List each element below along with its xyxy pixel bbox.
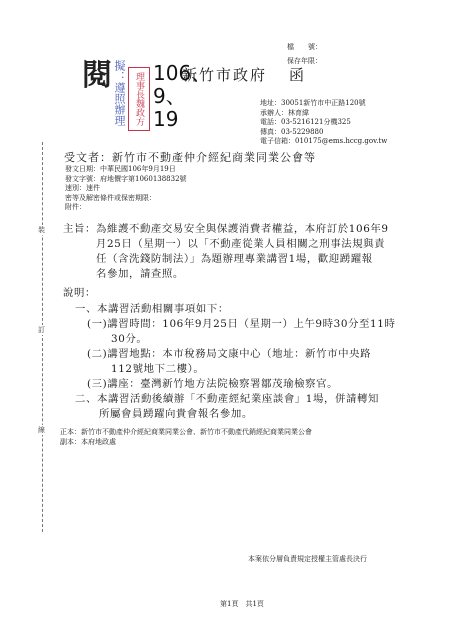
read-mark: 閱 [82, 50, 112, 94]
page-number: 第1頁 共1頁 [220, 600, 264, 609]
date-month: 9、 [153, 85, 211, 108]
contact-person: 承辦人：林育緯 [260, 109, 387, 119]
recipient: 受文者：新竹市不動產仲介經紀商業同業公會等 [64, 149, 316, 165]
address: 地址：30051新竹市中正路120號 [260, 99, 387, 109]
authorization-note: 本案依分層負責規定授權主管處長決行 [248, 555, 367, 564]
classification: 密等及解密條件或保密期限： [65, 194, 187, 204]
handwritten-note: 擬：遵照辦理 [113, 60, 126, 140]
meta-block: 發文日期：中華民國106年9月19日 發文字號：府地價字第1060138832號… [65, 165, 187, 213]
speed: 速別：速件 [65, 184, 187, 194]
phone: 電話：03-5216121分機325 [260, 118, 387, 128]
doc-number: 發文字號：府地價字第1060138832號 [65, 175, 187, 185]
chairman-stamp: 理事長魏政方 [128, 67, 150, 131]
subject-line: 為維護不動產交易安全與保護消費者權益，本府訂於106年9 [96, 222, 389, 237]
explanation-item: 一、本講習活動相關事項如下： [75, 302, 229, 317]
explanation-subitem-cont: 112號地下二樓）。 [111, 362, 204, 377]
subject-line: 名參加，請查照。 [96, 267, 389, 282]
date-day: 19 [153, 108, 211, 131]
explanation-label: 說明： [63, 286, 96, 301]
main-recipients: 正本：新竹市不動產仲介經紀商業同業公會、新竹市不動產代銷經紀商業同業公會 [60, 428, 312, 438]
distribution-block: 正本：新竹市不動產仲介經紀商業同業公會、新竹市不動產代銷經紀商業同業公會 副本：… [60, 428, 312, 447]
file-number-label: 檔 號： [287, 43, 322, 52]
explanation-item: 二、本講習活動後續辦「不動產經紀業座談會」1場，併請轉知 [75, 392, 379, 407]
subject-section: 主旨： 為維護不動產交易安全與保護消費者權益，本府訂於106年9 月25日（星期… [63, 222, 389, 282]
email: 電子信箱：010175@ems.hccg.gov.tw [260, 137, 387, 147]
contact-block: 地址：30051新竹市中正路120號 承辦人：林育緯 電話：03-5216121… [260, 99, 387, 147]
subject-line: 月25日（星期一）以「不動產從業人員相關之刑事法規與責 [96, 237, 389, 252]
binding-line [42, 142, 43, 532]
copy-recipients: 副本：本府地政處 [60, 438, 312, 448]
fax: 傳真：03-5229880 [260, 128, 387, 138]
explanation-subitem: (一)講習時間：106年9月25日（星期一）上午9時30分至11時 [87, 317, 395, 332]
explanation-item-cont: 所屬會員踴躍向貴會報名參加。 [99, 407, 253, 422]
subject-label: 主旨： [63, 222, 96, 282]
document-title: 新竹市政府函 [182, 64, 306, 85]
attachments: 附件： [65, 203, 187, 213]
binding-mark: 訂 [38, 325, 45, 335]
explanation-subitem: (二)講習地點：本市稅務局文康中心（地址：新竹市中央路 [87, 347, 371, 362]
subject-line: 任（含洗錢防制法）」為題辦理專業講習1場，歡迎踴躍報 [96, 252, 389, 267]
explanation-subitem: (三)講座：臺灣新竹地方法院檢察署鄒茂瑜檢察官。 [87, 377, 338, 392]
org-name: 新竹市政府 [182, 66, 267, 84]
doc-type: 函 [289, 66, 306, 84]
explanation-subitem-cont: 30分。 [111, 332, 147, 347]
binding-mark: 線 [38, 425, 45, 435]
binding-mark: 裝 [38, 225, 45, 235]
issue-date: 發文日期：中華民國106年9月19日 [65, 165, 187, 175]
